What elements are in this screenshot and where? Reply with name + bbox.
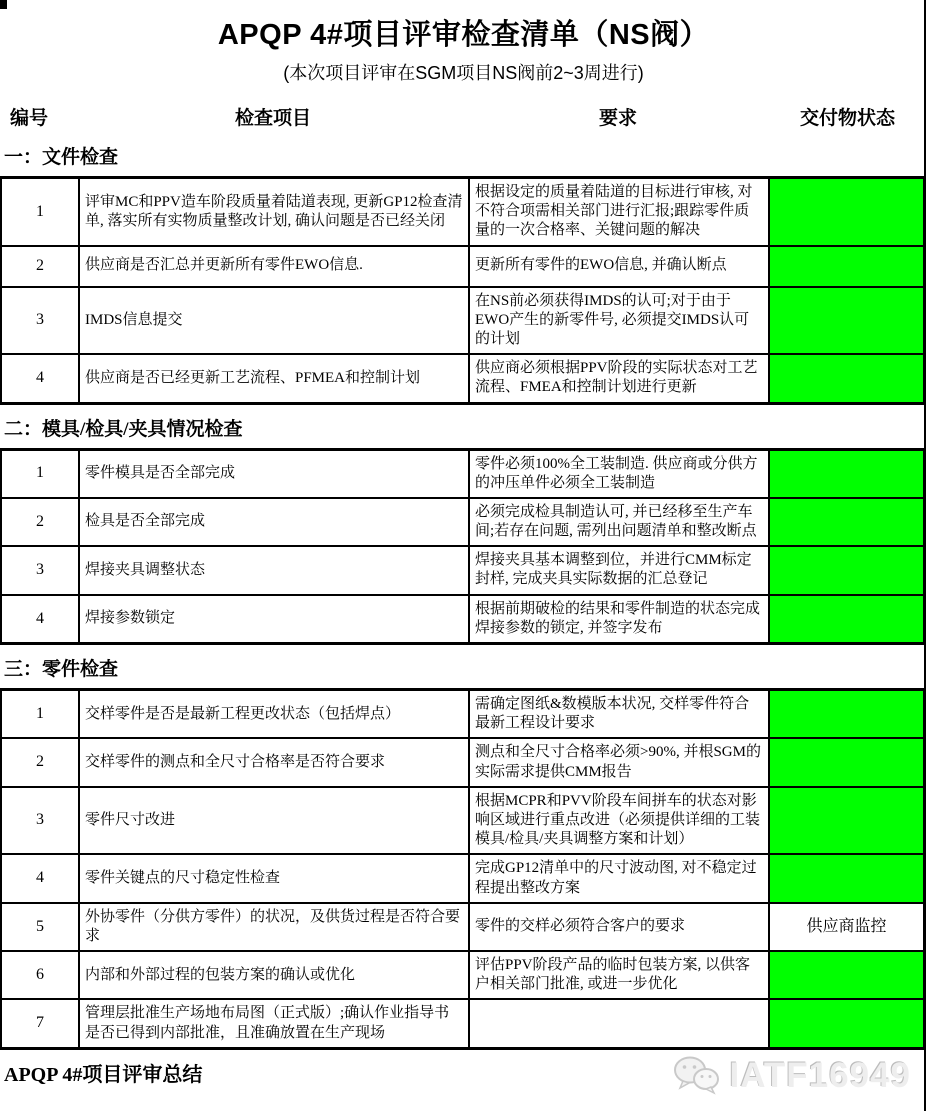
requirement-text: 必须完成检具制造认可, 并已经移至生产车间;若存在问题, 需列出问题清单和整改断… xyxy=(468,499,768,545)
watermark: IATF16949 xyxy=(673,1055,912,1097)
column-header-id: 编号 xyxy=(0,103,78,130)
row-number: 3 xyxy=(2,288,78,354)
section-table: 1评审MC和PPV造车阶段质量着陆道表现, 更新GP12检查清单, 落实所有实物… xyxy=(0,179,925,405)
requirement-text: 评估PPV阶段产品的临时包装方案, 以供客户相关部门批准, 或进一步优化 xyxy=(468,952,768,998)
row-number: 3 xyxy=(2,788,78,854)
row-number: 6 xyxy=(2,952,78,998)
row-number: 2 xyxy=(2,739,78,785)
row-number: 4 xyxy=(2,596,78,642)
table-row: 2检具是否全部完成必须完成检具制造认可, 并已经移至生产车间;若存在问题, 需列… xyxy=(2,499,923,547)
status-cell: 供应商监控 xyxy=(768,904,923,950)
watermark-label: IATF16949 xyxy=(730,1056,912,1096)
check-item-text: 交样零件是否是最新工程更改状态（包括焊点） xyxy=(78,691,468,737)
status-cell xyxy=(768,739,923,785)
table-row: 2供应商是否汇总并更新所有零件EWO信息.更新所有零件的EWO信息, 并确认断点 xyxy=(2,247,923,288)
table-row: 4零件关键点的尺寸稳定性检查完成GP12清单中的尺寸波动图, 对不稳定过程提出整… xyxy=(2,855,923,903)
status-cell xyxy=(768,288,923,354)
status-cell xyxy=(768,247,923,286)
row-number: 3 xyxy=(2,547,78,593)
status-cell xyxy=(768,355,923,401)
row-number: 1 xyxy=(2,451,78,497)
requirement-text xyxy=(468,1000,768,1046)
column-header-requirement: 要求 xyxy=(468,103,768,130)
table-row: 3零件尺寸改进根据MCPR和PVV阶段车间拼车的状态对影响区域进行重点改进（必须… xyxy=(2,788,923,856)
check-item-text: 管理层批准生产场地布局图（正式版）;确认作业指导书是否已得到内部批准，且准确放置… xyxy=(78,1000,468,1046)
table-row: 1零件模具是否全部完成零件必须100%全工装制造. 供应商或分供方的冲压单件必须… xyxy=(2,451,923,499)
section-title: 二：模具/检具/夹具情况检查 xyxy=(0,405,925,451)
table-row: 4供应商是否已经更新工艺流程、PFMEA和控制计划供应商必须根据PPV阶段的实际… xyxy=(2,355,923,404)
table-row: 5外协零件（分供方零件）的状况，及供货过程是否符合要求零件的交样必须符合客户的要… xyxy=(2,904,923,952)
status-cell xyxy=(768,855,923,901)
checklist-sections: 一：文件检查1评审MC和PPV造车阶段质量着陆道表现, 更新GP12检查清单, … xyxy=(0,133,925,1050)
row-number: 4 xyxy=(2,355,78,401)
row-number: 1 xyxy=(2,691,78,737)
page-subtitle: (本次项目评审在SGM项目NS阀前2~3周进行) xyxy=(0,53,927,85)
check-item-text: IMDS信息提交 xyxy=(78,288,468,354)
section-table: 1零件模具是否全部完成零件必须100%全工装制造. 供应商或分供方的冲压单件必须… xyxy=(0,451,925,646)
status-cell xyxy=(768,547,923,593)
page-right-border-line xyxy=(924,0,926,1111)
status-cell xyxy=(768,451,923,497)
requirement-text: 需确定图纸&数模版本状况, 交样零件符合最新工程设计要求 xyxy=(468,691,768,737)
requirement-text: 供应商必须根据PPV阶段的实际状态对工艺流程、FMEA和控制计划进行更新 xyxy=(468,355,768,401)
requirement-text: 根据设定的质量着陆道的目标进行审核, 对不符合项需相关部门进行汇报;跟踪零件质量… xyxy=(468,179,768,245)
status-cell xyxy=(768,952,923,998)
section-title: 三：零件检查 xyxy=(0,645,925,691)
status-cell xyxy=(768,499,923,545)
check-item-text: 交样零件的测点和全尺寸合格率是否符合要求 xyxy=(78,739,468,785)
table-row: 1交样零件是否是最新工程更改状态（包括焊点）需确定图纸&数模版本状况, 交样零件… xyxy=(2,691,923,739)
table-row: 1评审MC和PPV造车阶段质量着陆道表现, 更新GP12检查清单, 落实所有实物… xyxy=(2,179,923,247)
section-title: 一：文件检查 xyxy=(0,133,925,179)
check-item-text: 零件尺寸改进 xyxy=(78,788,468,854)
check-item-text: 供应商是否汇总并更新所有零件EWO信息. xyxy=(78,247,468,286)
check-item-text: 焊接夹具调整状态 xyxy=(78,547,468,593)
page-corner-mark xyxy=(0,0,7,9)
status-cell xyxy=(768,691,923,737)
check-item-text: 零件关键点的尺寸稳定性检查 xyxy=(78,855,468,901)
status-cell xyxy=(768,179,923,245)
checklist-section: 三：零件检查1交样零件是否是最新工程更改状态（包括焊点）需确定图纸&数模版本状况… xyxy=(0,645,925,1050)
row-number: 2 xyxy=(2,247,78,286)
requirement-text: 零件必须100%全工装制造. 供应商或分供方的冲压单件必须全工装制造 xyxy=(468,451,768,497)
requirement-text: 在NS前必须获得IMDS的认可;对于由于EWO产生的新零件号, 必须提交IMDS… xyxy=(468,288,768,354)
check-item-text: 零件模具是否全部完成 xyxy=(78,451,468,497)
requirement-text: 根据前期破检的结果和零件制造的状态完成焊接参数的锁定, 并签字发布 xyxy=(468,596,768,642)
status-cell xyxy=(768,788,923,854)
table-row: 3焊接夹具调整状态焊接夹具基本调整到位，并进行CMM标定封样, 完成夹具实际数据… xyxy=(2,547,923,595)
requirement-text: 测点和全尺寸合格率必须>90%, 并根SGM的实际需求提供CMM报告 xyxy=(468,739,768,785)
table-row: 7管理层批准生产场地布局图（正式版）;确认作业指导书是否已得到内部批准，且准确放… xyxy=(2,1000,923,1049)
row-number: 7 xyxy=(2,1000,78,1046)
checklist-section: 一：文件检查1评审MC和PPV造车阶段质量着陆道表现, 更新GP12检查清单, … xyxy=(0,133,925,405)
requirement-text: 根据MCPR和PVV阶段车间拼车的状态对影响区域进行重点改进（必须提供详细的工装… xyxy=(468,788,768,854)
row-number: 5 xyxy=(2,904,78,950)
checklist-section: 二：模具/检具/夹具情况检查1零件模具是否全部完成零件必须100%全工装制造. … xyxy=(0,405,925,646)
check-item-text: 供应商是否已经更新工艺流程、PFMEA和控制计划 xyxy=(78,355,468,401)
row-number: 2 xyxy=(2,499,78,545)
check-item-text: 评审MC和PPV造车阶段质量着陆道表现, 更新GP12检查清单, 落实所有实物质… xyxy=(78,179,468,245)
table-row: 4焊接参数锁定根据前期破检的结果和零件制造的状态完成焊接参数的锁定, 并签字发布 xyxy=(2,596,923,645)
section-table: 1交样零件是否是最新工程更改状态（包括焊点）需确定图纸&数模版本状况, 交样零件… xyxy=(0,691,925,1050)
check-item-text: 外协零件（分供方零件）的状况，及供货过程是否符合要求 xyxy=(78,904,468,950)
table-row: 2交样零件的测点和全尺寸合格率是否符合要求测点和全尺寸合格率必须>90%, 并根… xyxy=(2,739,923,787)
row-number: 4 xyxy=(2,855,78,901)
check-item-text: 内部和外部过程的包装方案的确认或优化 xyxy=(78,952,468,998)
wechat-icon xyxy=(673,1055,721,1097)
column-header-status: 交付物状态 xyxy=(768,103,927,130)
check-item-text: 焊接参数锁定 xyxy=(78,596,468,642)
check-item-text: 检具是否全部完成 xyxy=(78,499,468,545)
status-cell xyxy=(768,596,923,642)
table-column-header: 编号 检查项目 要求 交付物状态 xyxy=(0,99,927,133)
column-header-item: 检查项目 xyxy=(78,103,468,130)
requirement-text: 焊接夹具基本调整到位，并进行CMM标定封样, 完成夹具实际数据的汇总登记 xyxy=(468,547,768,593)
table-row: 3IMDS信息提交在NS前必须获得IMDS的认可;对于由于EWO产生的新零件号,… xyxy=(2,288,923,356)
requirement-text: 完成GP12清单中的尺寸波动图, 对不稳定过程提出整改方案 xyxy=(468,855,768,901)
page-title: APQP 4#项目评审检查清单（NS阀） xyxy=(0,0,927,53)
requirement-text: 更新所有零件的EWO信息, 并确认断点 xyxy=(468,247,768,286)
status-cell xyxy=(768,1000,923,1046)
requirement-text: 零件的交样必须符合客户的要求 xyxy=(468,904,768,950)
row-number: 1 xyxy=(2,179,78,245)
table-row: 6内部和外部过程的包装方案的确认或优化评估PPV阶段产品的临时包装方案, 以供客… xyxy=(2,952,923,1000)
